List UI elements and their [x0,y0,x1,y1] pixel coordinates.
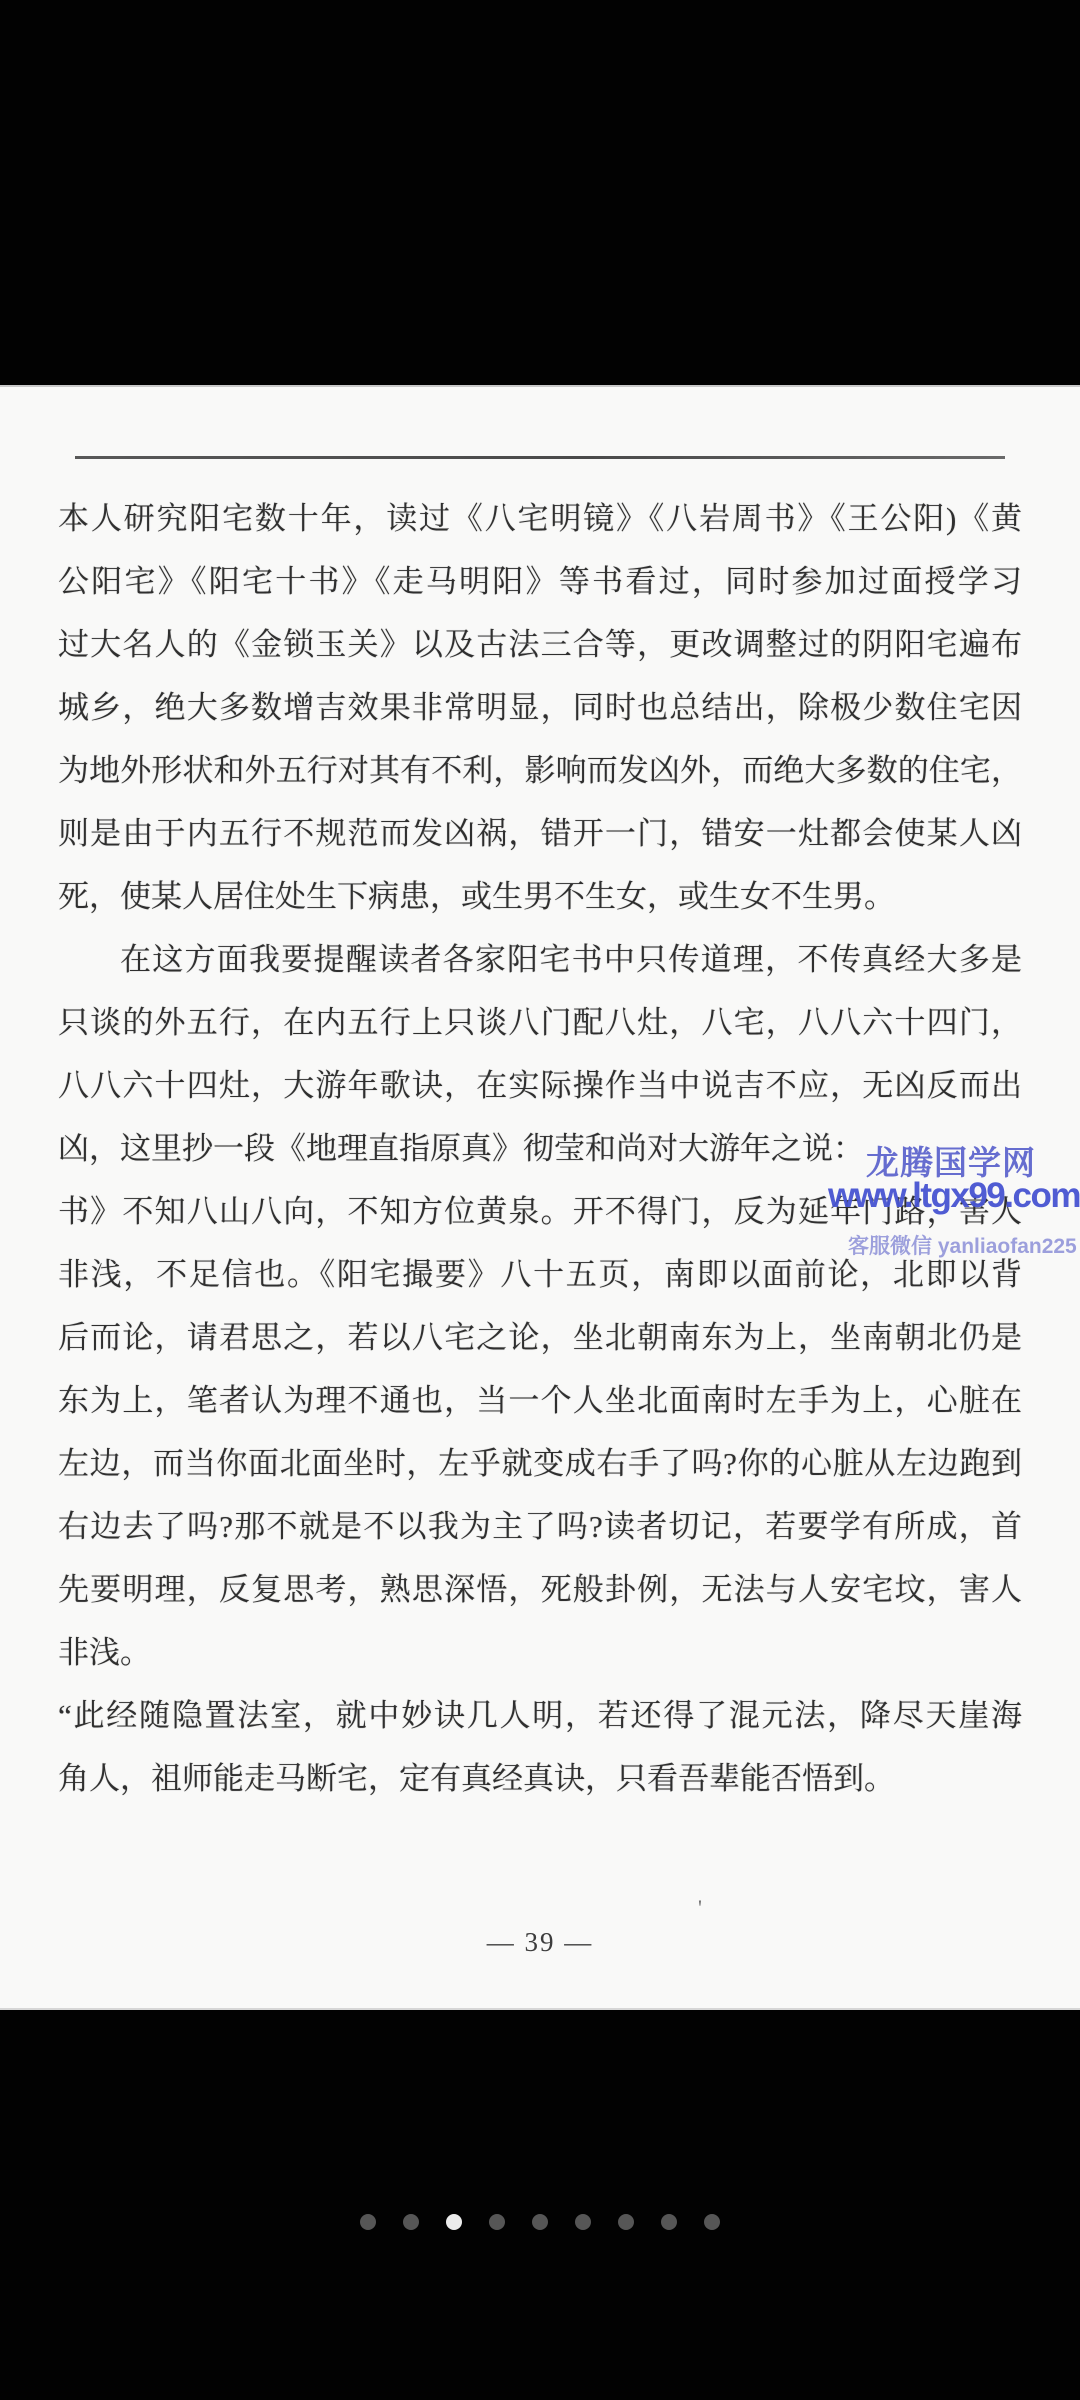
page-top-rule [75,456,1005,459]
document-page[interactable]: 本人研究阳宅数十年，读过《八宅明镜》《八岩周书》《王公阳)《黄公阳宅》《阳宅十书… [0,385,1080,2010]
top-letterbox [0,0,1080,385]
watermark-url: www.ltgx99.com [828,1176,1080,1216]
text-line: 过大名人的《金锁玉关》以及古法三合等，更改调整过的阴阳宅遍布 [58,613,1022,676]
text-line: 东为上，笔者认为理不通也，当一个人坐北面南时左手为上，心脏在 [58,1369,1022,1432]
text-line: 城乡，绝大多数增吉效果非常明显，同时也总结出，除极少数住宅因 [58,676,1022,739]
text-line: 右边去了吗?那不就是不以我为主了吗?读者切记，若要学有所成，首 [58,1495,1022,1558]
pagination-dots [0,2214,1080,2230]
text-line: 后而论，请君思之，若以八宅之论，坐北朝南东为上，坐南朝北仍是 [58,1306,1022,1369]
pagination-dot[interactable] [575,2214,591,2230]
pagination-dot[interactable] [403,2214,419,2230]
text-line: 公阳宅》《阳宅十书》《走马明阳》等书看过，同时参加过面授学习 [58,550,1022,613]
pagination-dot[interactable] [532,2214,548,2230]
pagination-dot[interactable] [704,2214,720,2230]
text-line: 则是由于内五行不规范而发凶祸，错开一门，错安一灶都会使某人凶 [58,802,1022,865]
text-line: 本人研究阳宅数十年，读过《八宅明镜》《八岩周书》《王公阳)《黄 [58,487,1022,550]
text-line: 左边，而当你面北面坐时，左乎就变成右手了吗?你的心脏从左边跑到 [58,1432,1022,1495]
page-number: — 39 — [0,1927,1080,1958]
bottom-letterbox [0,2010,1080,2400]
text-line: 死，使某人居住处生下病患，或生男不生女，或生女不生男。 [58,865,1022,928]
text-line: 角人，祖师能走马断宅，定有真经真诀，只看吾辈能否悟到。 [58,1747,1022,1810]
pagination-dot[interactable] [360,2214,376,2230]
text-line: 只谈的外五行，在内五行上只谈八门配八灶，八宅，八八六十四门， [58,991,1022,1054]
text-line: 在这方面我要提醒读者各家阳宅书中只传道理，不传真经大多是 [58,928,1022,991]
pagination-dot[interactable] [661,2214,677,2230]
text-line: 八八六十四灶，大游年歌诀，在实际操作当中说吉不应，无凶反而出 [58,1054,1022,1117]
pagination-dot-active[interactable] [446,2214,462,2230]
watermark-contact: 客服微信 yanliaofan225 [848,1230,1077,1260]
text-line: 非浅。 [58,1621,1022,1684]
pagination-dot[interactable] [489,2214,505,2230]
text-line: “此经随隐置法室，就中妙诀几人明，若还得了混元法，降尽天崖海 [58,1684,1022,1747]
text-line: 先要明理，反复思考，熟思深悟，死般卦例，无法与人安宅坟，害人 [58,1558,1022,1621]
scan-artifact-mark: ' [698,1895,702,1921]
ebook-reader-screen: 本人研究阳宅数十年，读过《八宅明镜》《八岩周书》《王公阳)《黄公阳宅》《阳宅十书… [0,0,1080,2400]
text-line: 为地外形状和外五行对其有不利，影响而发凶外，而绝大多数的住宅， [58,739,1022,802]
pagination-dot[interactable] [618,2214,634,2230]
